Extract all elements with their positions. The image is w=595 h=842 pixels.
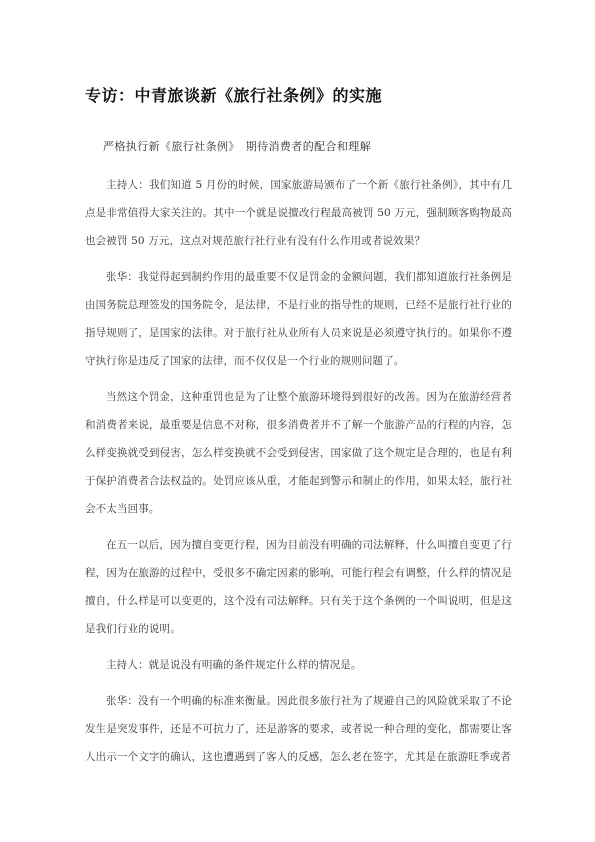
paragraph-host-question-2: 主持人：就是说没有明确的条件规定什么样的情况是。 xyxy=(85,651,512,679)
paragraph-zhanghua-answer-2: 当然这个罚金，这种重罚也是为了让整个旅游环境得到很好的改善。因为在旅游经营者和消… xyxy=(85,383,512,523)
article-title: 专访：中青旅谈新《旅行社条例》的实施 xyxy=(85,86,512,106)
document-page: 专访：中青旅谈新《旅行社条例》的实施 严格执行新《旅行社条例》 期待消费者的配合… xyxy=(0,0,595,842)
paragraph-zhanghua-answer-1: 张华：我觉得起到制约作用的最重要不仅是罚金的金额问题，我们都知道旅行社条例是由国… xyxy=(85,263,512,375)
article-subtitle: 严格执行新《旅行社条例》 期待消费者的配合和理解 xyxy=(103,139,512,154)
article-body: 主持人：我们知道 5 月份的时候，国家旅游局颁布了一个新《旅行社条例》，其中有几… xyxy=(85,171,512,771)
paragraph-zhanghua-answer-3: 在五一以后，因为擅自变更行程，因为目前没有明确的司法解释，什么叫擅自变更了行程，… xyxy=(85,531,512,643)
article-content: 专访：中青旅谈新《旅行社条例》的实施 严格执行新《旅行社条例》 期待消费者的配合… xyxy=(85,86,512,771)
paragraph-zhanghua-answer-4: 张华：没有一个明确的标准来衡量。因此很多旅行社为了规避自己的风险就采取了不论发生… xyxy=(85,687,512,771)
paragraph-host-question-1: 主持人：我们知道 5 月份的时候，国家旅游局颁布了一个新《旅行社条例》，其中有几… xyxy=(85,171,512,255)
